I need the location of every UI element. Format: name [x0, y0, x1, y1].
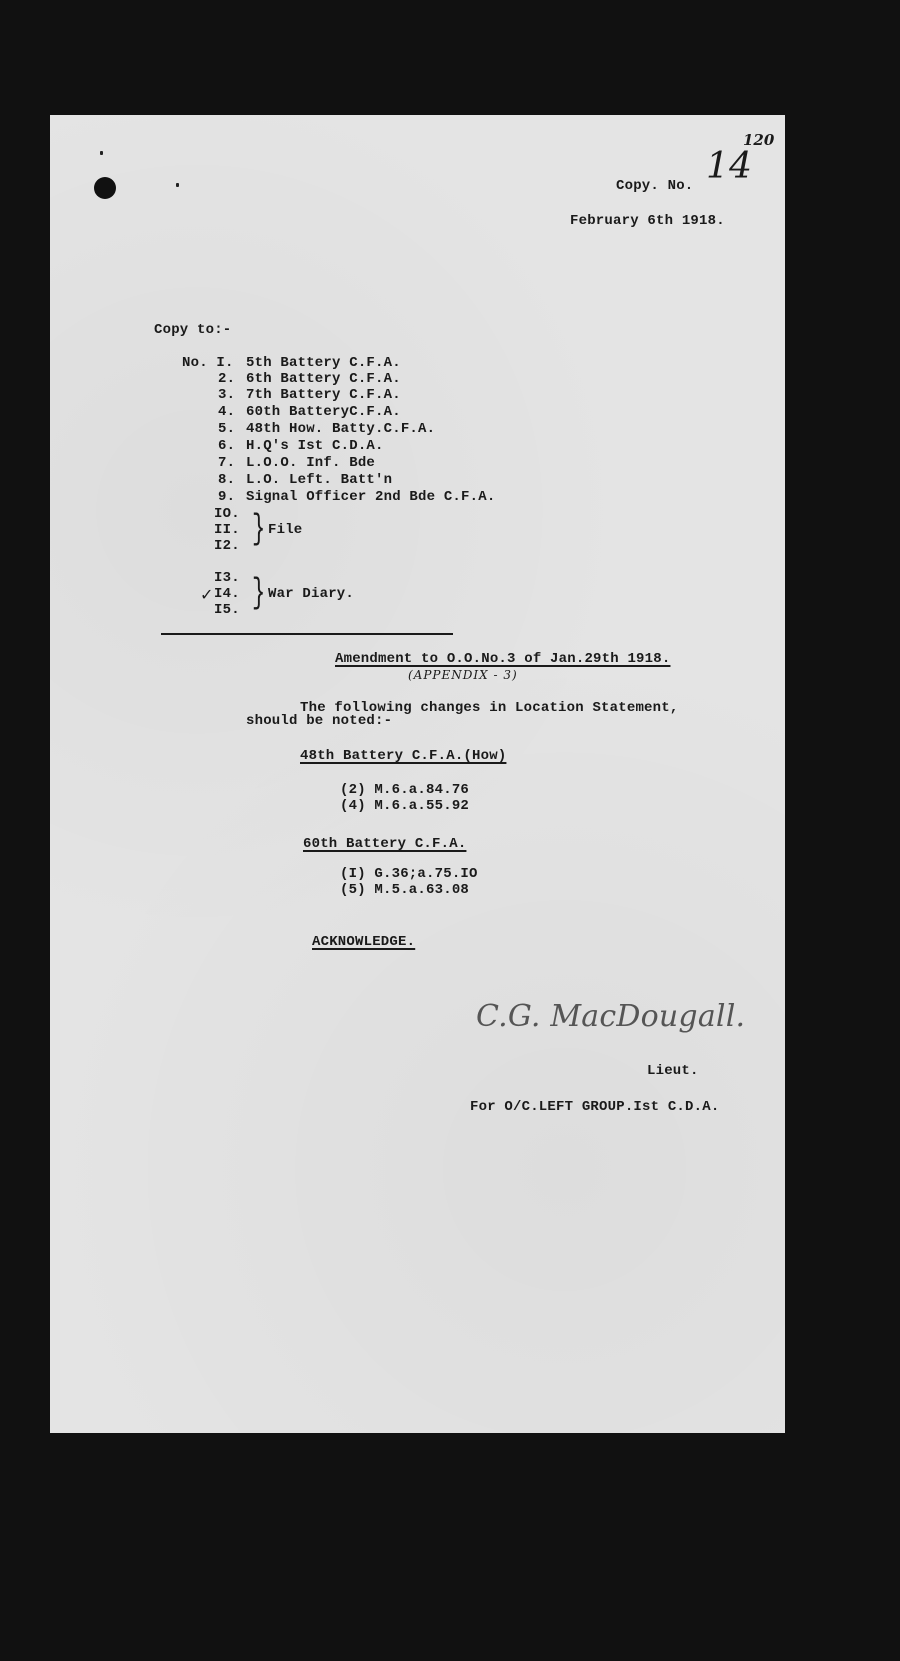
- distribution-no: 3.: [218, 387, 235, 403]
- rank: Lieut.: [647, 1063, 699, 1079]
- document-page: 120 Copy. No. 14 February 6th 1918. Copy…: [50, 115, 785, 1433]
- distribution-recipient: 48th How. Batty.C.F.A.: [246, 421, 435, 437]
- copy-label: Copy. No.: [616, 178, 693, 194]
- location-entry: (5) M.5.a.63.08: [340, 882, 469, 898]
- appendix-note: (APPENDIX - 3): [408, 667, 518, 683]
- file-label: File: [268, 522, 302, 538]
- check-mark-icon: ✓: [200, 585, 213, 604]
- acknowledge-instruction: ACKNOWLEDGE.: [312, 934, 415, 950]
- distribution-no: 8.: [218, 472, 235, 488]
- signature: C.G. MacDougall.: [476, 1009, 745, 1025]
- war-diary-copy-no: I4.: [214, 586, 240, 602]
- distribution-recipient: 6th Battery C.F.A.: [246, 371, 401, 387]
- war-diary-label: War Diary.: [268, 586, 354, 602]
- ink-speck: [176, 183, 179, 187]
- file-copy-no: IO.: [214, 506, 240, 522]
- distribution-no: No. I.: [182, 355, 234, 371]
- amendment-title: Amendment to O.O.No.3 of Jan.29th 1918.: [335, 651, 670, 667]
- document-date: February 6th 1918.: [570, 213, 725, 229]
- distribution-no: 5.: [218, 421, 235, 437]
- copy-number: 14: [706, 159, 752, 175]
- brace: }: [252, 517, 265, 543]
- distribution-no: 7.: [218, 455, 235, 471]
- file-copy-no: II.: [214, 522, 240, 538]
- signed-for: For O/C.LEFT GROUP.Ist C.D.A.: [470, 1099, 719, 1115]
- distribution-recipient: Signal Officer 2nd Bde C.F.A.: [246, 489, 495, 505]
- location-entry: (4) M.6.a.55.92: [340, 798, 469, 814]
- distribution-recipient: H.Q's Ist C.D.A.: [246, 438, 384, 454]
- distribution-no: 4.: [218, 404, 235, 420]
- distribution-recipient: 5th Battery C.F.A.: [246, 355, 401, 371]
- distribution-recipient: 7th Battery C.F.A.: [246, 387, 401, 403]
- distribution-no: 6.: [218, 438, 235, 454]
- file-copy-no: I2.: [214, 538, 240, 554]
- punch-hole: [94, 177, 116, 199]
- section-heading: 60th Battery C.F.A.: [303, 836, 466, 852]
- copy-to-label: Copy to:-: [154, 322, 231, 338]
- intro-line-2: should be noted:-: [246, 713, 392, 729]
- distribution-no: 9.: [218, 489, 235, 505]
- location-entry: (I) G.36;a.75.IO: [340, 866, 478, 882]
- section-heading: 48th Battery C.F.A.(How): [300, 748, 506, 764]
- divider-rule: [161, 633, 453, 635]
- war-diary-copy-no: I5.: [214, 602, 240, 618]
- distribution-recipient: L.O.O. Inf. Bde: [246, 455, 375, 471]
- war-diary-copy-no: I3.: [214, 570, 240, 586]
- distribution-no: 2.: [218, 371, 235, 387]
- distribution-recipient: 60th BatteryC.F.A.: [246, 404, 401, 420]
- location-entry: (2) M.6.a.84.76: [340, 782, 469, 798]
- ink-speck: [100, 151, 103, 155]
- distribution-recipient: L.O. Left. Batt'n: [246, 472, 392, 488]
- brace: }: [252, 581, 265, 607]
